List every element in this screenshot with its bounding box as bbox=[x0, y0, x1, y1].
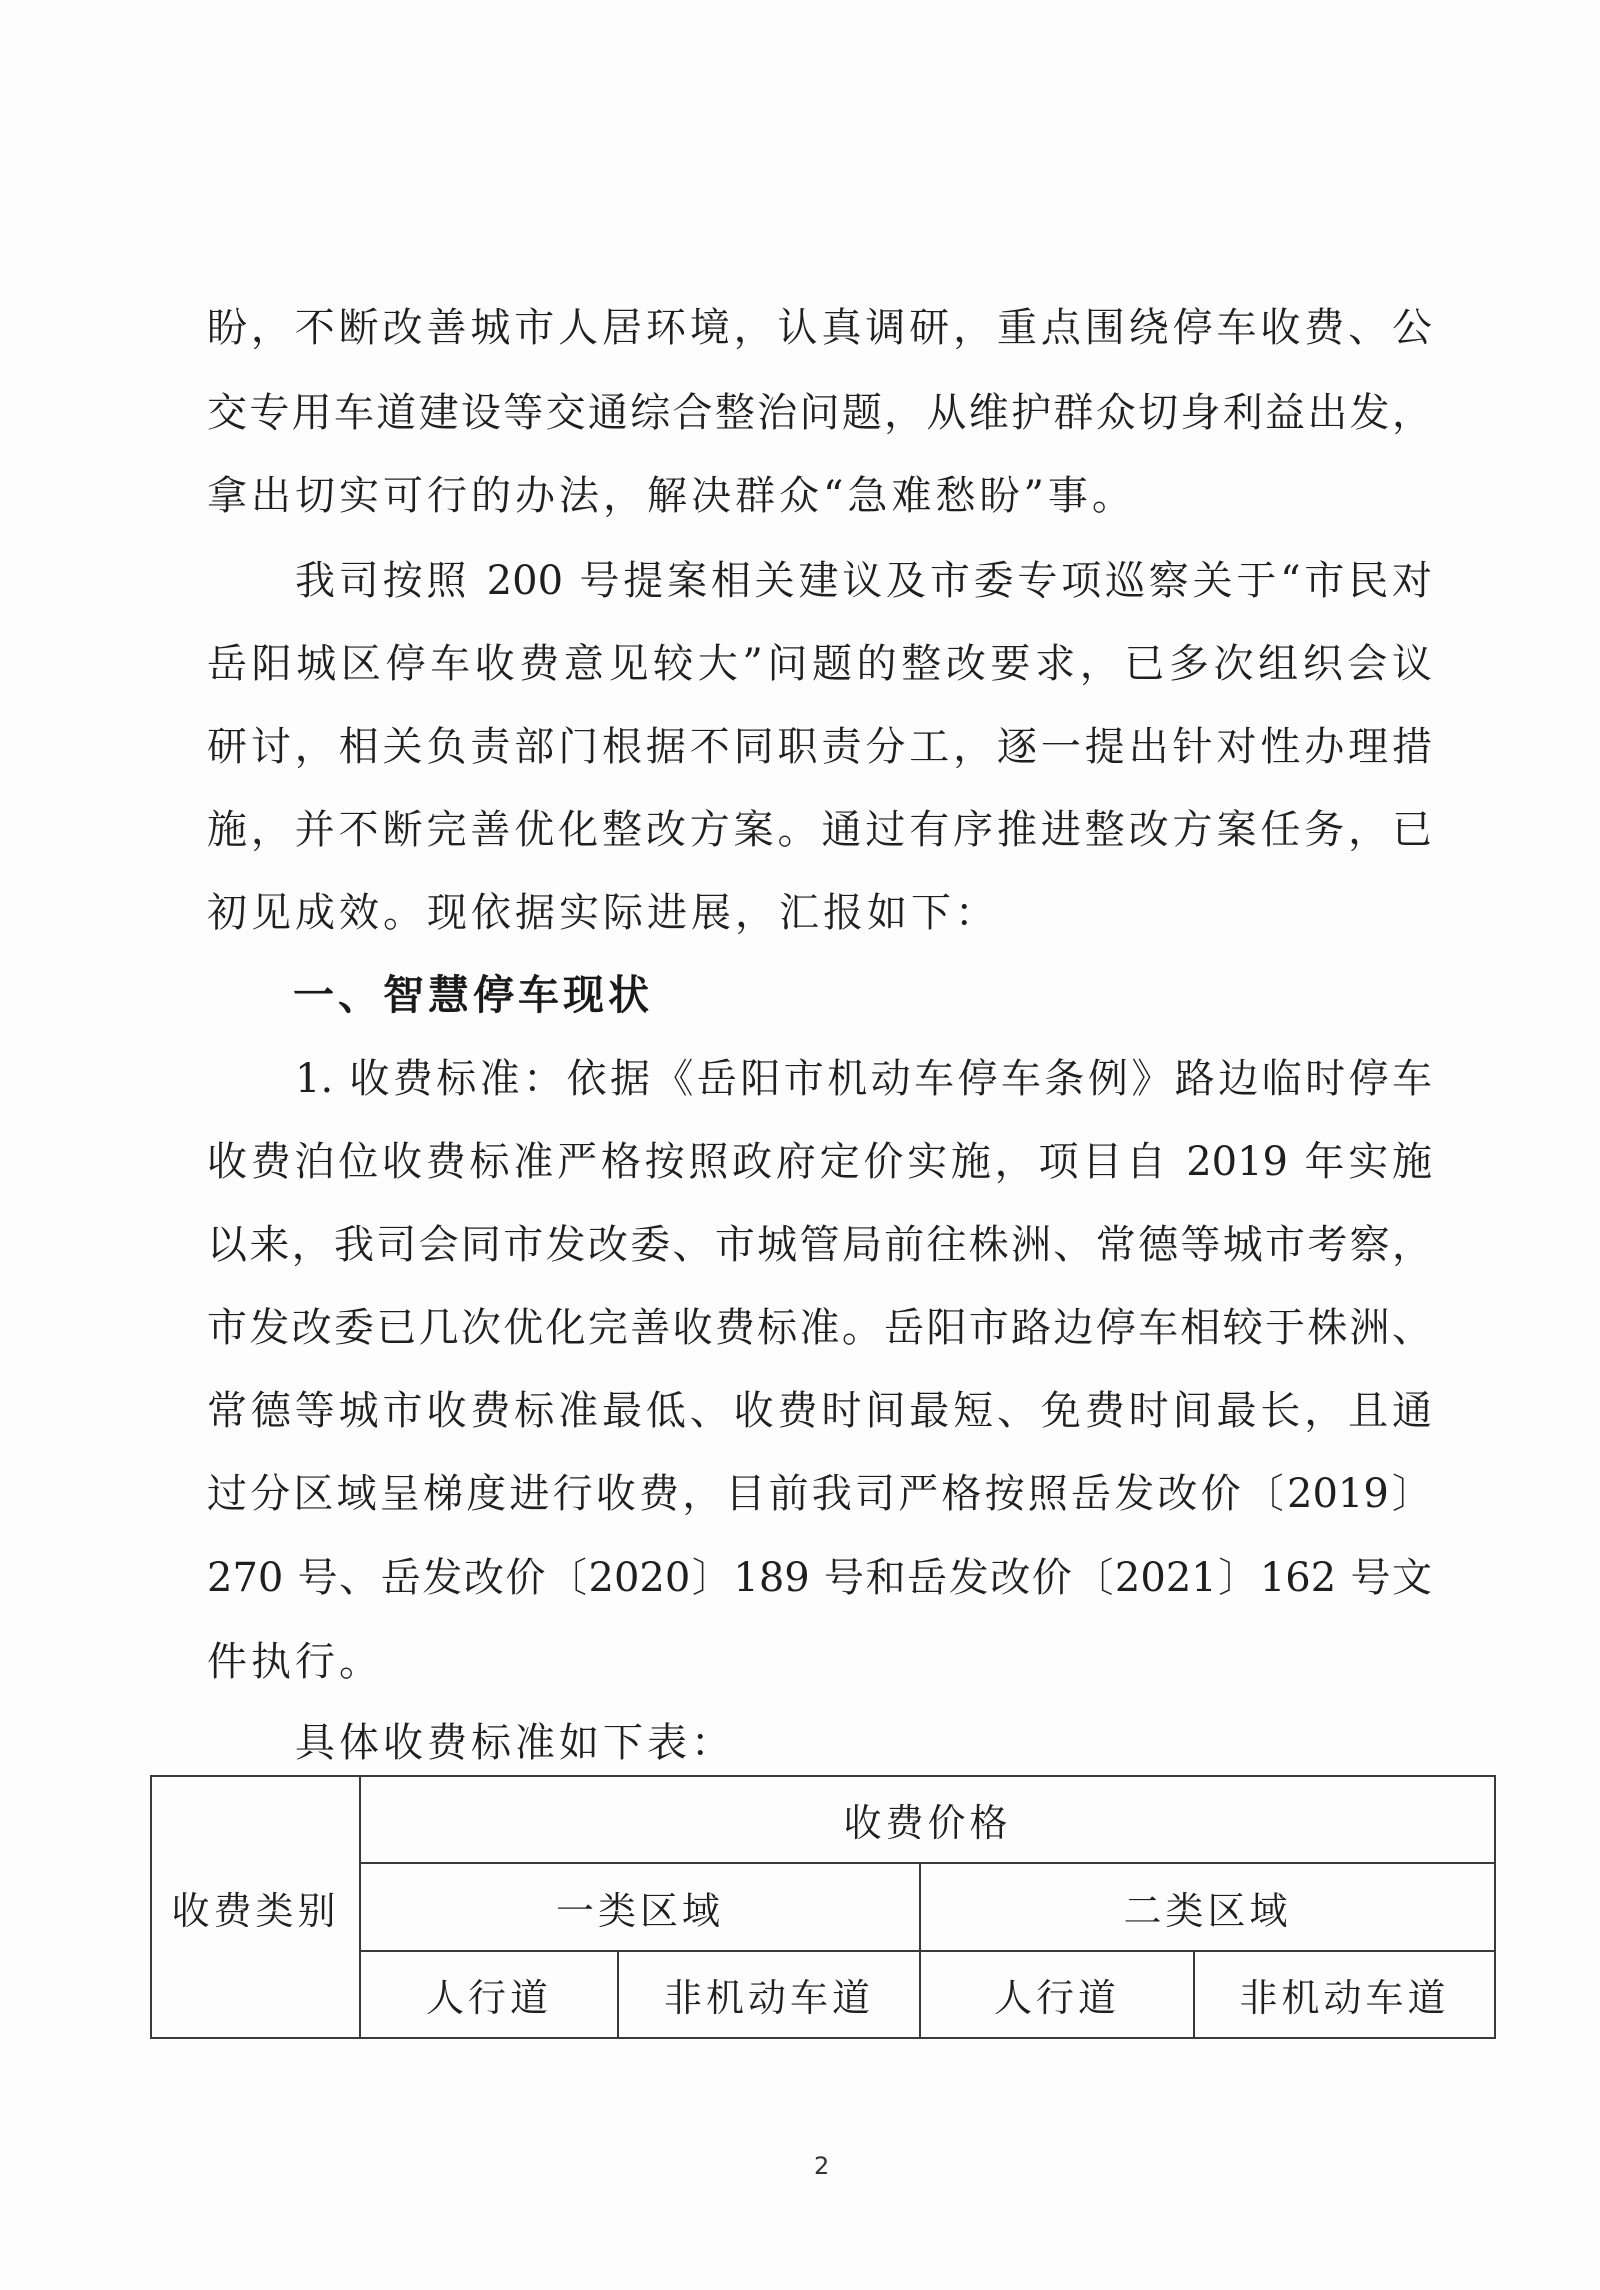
paragraph-line: 市发改委已几次优化完善收费标准。岳阳市路边停车相较于株洲、 bbox=[207, 1303, 1432, 1353]
paragraph-line: 件执行。 bbox=[207, 1637, 1432, 1687]
table-intro: 具体收费标准如下表： bbox=[295, 1718, 1432, 1768]
paragraph-line: 常德等城市收费标准最低、收费时间最短、免费时间最长，且通 bbox=[207, 1386, 1432, 1436]
zone-header-cell: 二类区域 bbox=[920, 1863, 1495, 1951]
fee-standard-table: 收费类别 收费价格 一类区域 二类区域 人行道 非机动车道 人行道 非机动车道 bbox=[150, 1775, 1496, 2039]
paragraph-line: 初见成效。现依据实际进展，汇报如下： bbox=[207, 888, 1432, 938]
paragraph-line: 交专用车道建设等交通综合整治问题，从维护群众切身利益出发， bbox=[207, 388, 1432, 438]
paragraph-line: 以来，我司会同市发改委、市城管局前往株洲、常德等城市考察， bbox=[207, 1220, 1432, 1270]
document-page: 盼，不断改善城市人居环境，认真调研，重点围绕停车收费、公 交专用车道建设等交通综… bbox=[0, 0, 1600, 2290]
lane-header-cell: 人行道 bbox=[920, 1951, 1194, 2038]
paragraph-line: 拿出切实可行的办法，解决群众“急难愁盼”事。 bbox=[207, 471, 1432, 521]
paragraph-line: 盼，不断改善城市人居环境，认真调研，重点围绕停车收费、公 bbox=[207, 303, 1432, 353]
paragraph-line: 岳阳城区停车收费意见较大”问题的整改要求，已多次组织会议 bbox=[207, 639, 1432, 689]
price-header-cell: 收费价格 bbox=[360, 1776, 1495, 1863]
lane-header-cell: 非机动车道 bbox=[1194, 1951, 1495, 2038]
page-number: 2 bbox=[814, 2151, 829, 2181]
paragraph-line: 270 号、岳发改价〔2020〕189 号和岳发改价〔2021〕162 号文 bbox=[207, 1553, 1432, 1603]
paragraph-line: 过分区域呈梯度进行收费，目前我司严格按照岳发改价〔2019〕 bbox=[207, 1469, 1432, 1519]
lane-header-cell: 非机动车道 bbox=[618, 1951, 920, 2038]
paragraph-line: 我司按照 200 号提案相关建议及市委专项巡察关于“市民对 bbox=[295, 556, 1432, 606]
lane-header-cell: 人行道 bbox=[360, 1951, 618, 2038]
paragraph-line: 收费泊位收费标准严格按照政府定价实施，项目自 2019 年实施 bbox=[207, 1137, 1432, 1187]
paragraph-line: 研讨，相关负责部门根据不同职责分工，逐一提出针对性办理措 bbox=[207, 722, 1432, 772]
paragraph-line: 1. 收费标准：依据《岳阳市机动车停车条例》路边临时停车 bbox=[295, 1054, 1432, 1104]
section-heading: 一、智慧停车现状 bbox=[293, 969, 653, 1021]
category-header-cell: 收费类别 bbox=[151, 1776, 360, 2038]
table-header-row: 收费类别 收费价格 bbox=[151, 1776, 1495, 1863]
paragraph-line: 施，并不断完善优化整改方案。通过有序推进整改方案任务，已 bbox=[207, 805, 1432, 855]
zone-header-cell: 一类区域 bbox=[360, 1863, 920, 1951]
